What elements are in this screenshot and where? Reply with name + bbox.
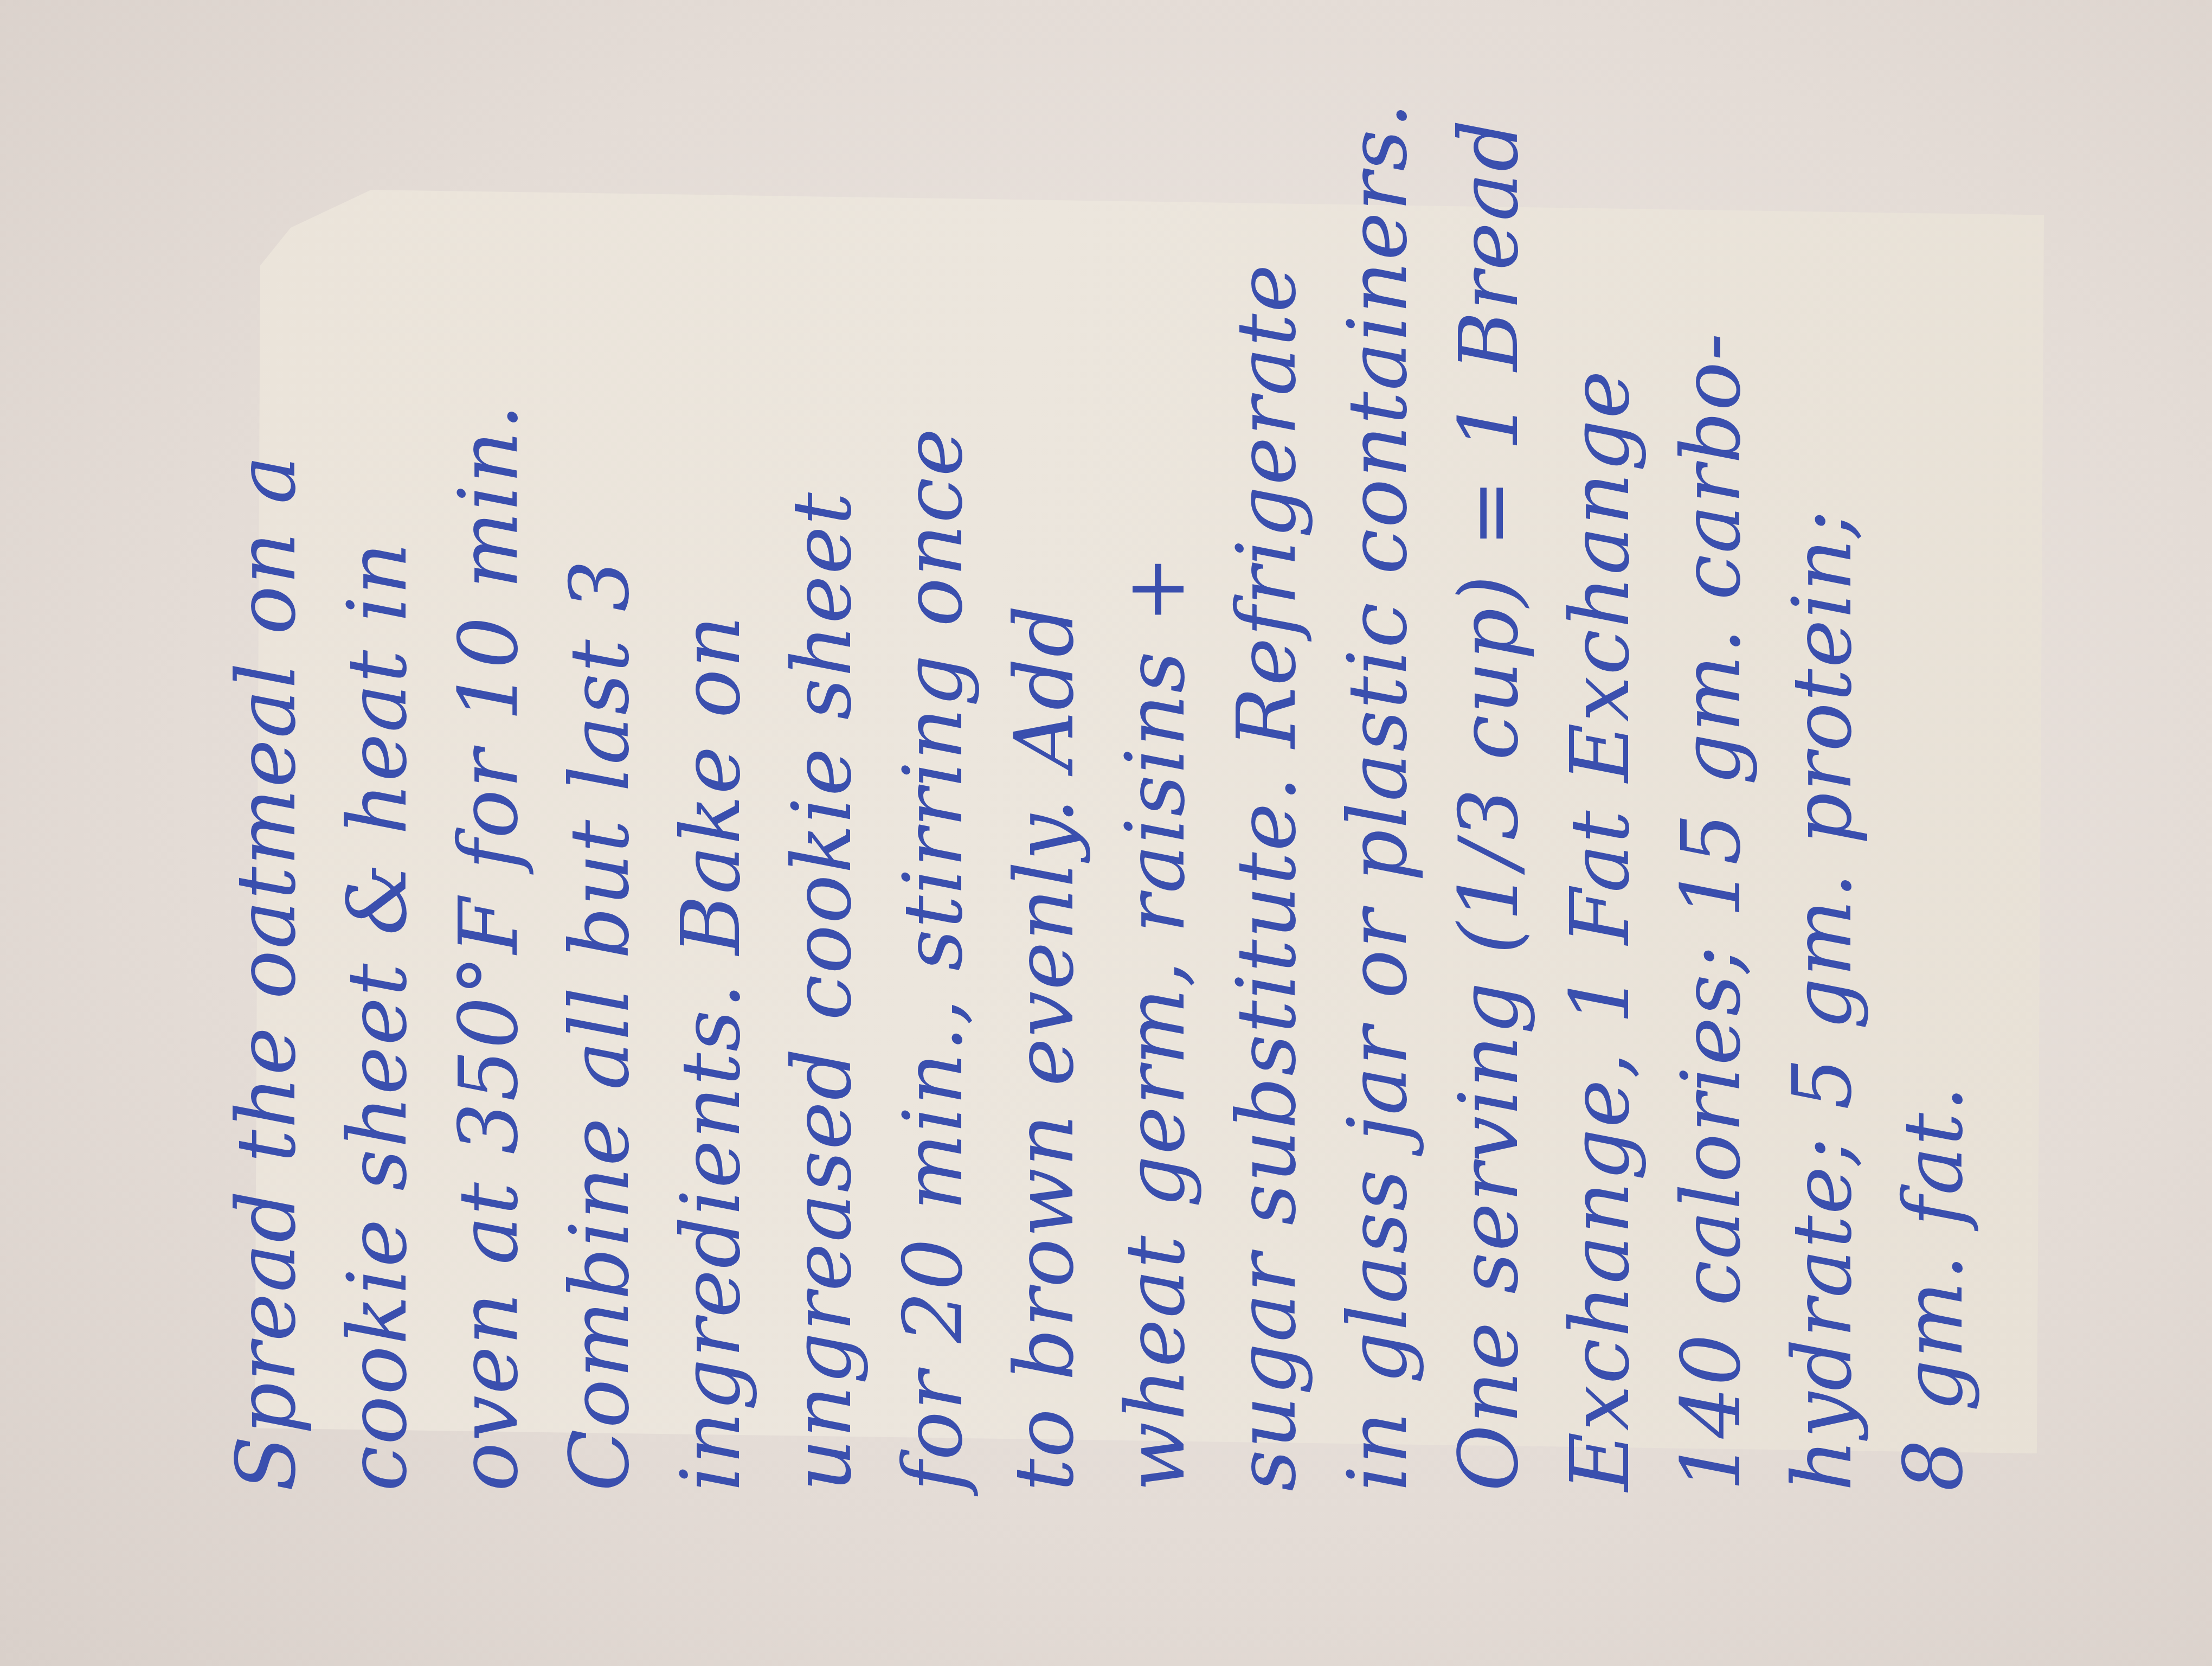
handwritten-text: Spread the oatmeal on a cookie sheet & h… <box>282 217 1990 1491</box>
text-line: One serving (1/3 cup) = 1 Bread <box>1434 217 1545 1491</box>
text-line: cookie sheet & heat in <box>323 217 434 1491</box>
text-line: oven at 350°F for 10 min. <box>434 217 545 1491</box>
text-line: in glass jar or plastic containers. <box>1323 217 1434 1491</box>
text-line: Combine all but last 3 <box>545 217 656 1491</box>
text-line: hydrate; 5 gm. protein; <box>1767 217 1879 1491</box>
text-line: to brown evenly. Add <box>989 217 1101 1491</box>
text-line: Exchange, 1 Fat Exchange <box>1545 217 1656 1491</box>
text-line: ungreased cookie sheet <box>767 217 878 1491</box>
text-line: ingredients. Bake on <box>656 217 767 1491</box>
text-line: for 20 min., stirring once <box>878 217 989 1491</box>
text-line: Spread the oatmeal on a <box>211 217 323 1491</box>
text-line: 140 calories; 15 gm. carbo- <box>1656 217 1767 1491</box>
text-line: sugar substitute. Refrigerate <box>1212 217 1323 1491</box>
text-line: wheat germ, raisins + <box>1101 217 1212 1491</box>
text-line: 8 gm. fat. <box>1879 217 1990 1491</box>
